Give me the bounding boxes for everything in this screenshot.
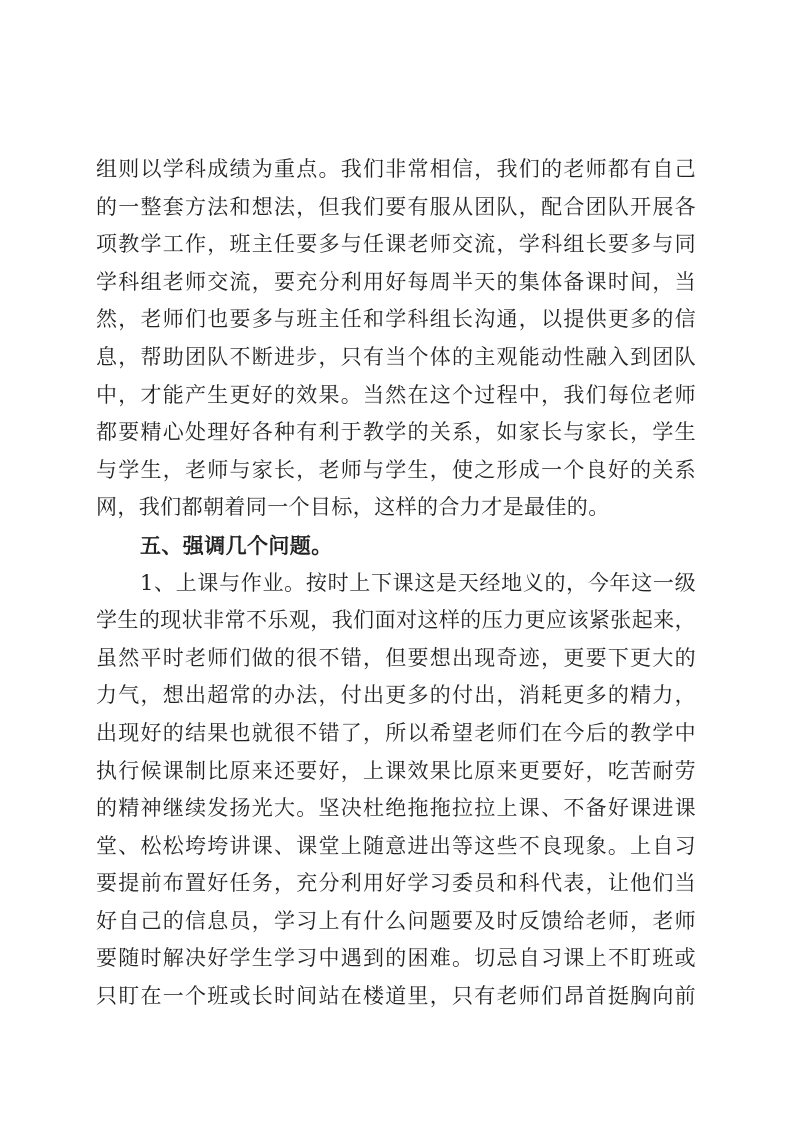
text-line: 执行候课制比原来还要好，上课效果比原来更要好，吃苦耐劳 <box>96 753 696 791</box>
text-line: 与学生，老师与家长，老师与学生，使之形成一个良好的关系 <box>96 452 696 490</box>
text-line: 都要精心处理好各种有利于教学的关系，如家长与家长，学生 <box>96 414 696 452</box>
text-line: 学科组老师交流，要充分利用好每周半天的集体备课时间，当 <box>96 264 696 302</box>
text-line: 的精神继续发扬光大。坚决杜绝拖拖拉拉上课、不备好课进课 <box>96 790 696 828</box>
text-line: 的一整套方法和想法，但我们要有服从团队，配合团队开展各 <box>96 189 696 227</box>
text-line: 1、上课与作业。按时上下课这是天经地义的，今年这一级 <box>96 565 696 603</box>
text-line: 息，帮助团队不断进步，只有当个体的主观能动性融入到团队 <box>96 339 696 377</box>
document-text-block: 组则以学科成绩为重点。我们非常相信，我们的老师都有自己的一整套方法和想法，但我们… <box>96 151 696 1016</box>
text-line: 堂、松松垮垮讲课、课堂上随意进出等这些不良现象。上自习 <box>96 828 696 866</box>
text-line: 虽然平时老师们做的很不错，但要想出现奇迹，更要下更大的 <box>96 640 696 678</box>
text-line: 要提前布置好任务，充分利用好学习委员和科代表，让他们当 <box>96 865 696 903</box>
text-line: 要随时解决好学生学习中遇到的困难。切忌自习课上不盯班或 <box>96 940 696 978</box>
text-line: 好自己的信息员，学习上有什么问题要及时反馈给老师，老师 <box>96 903 696 941</box>
text-line: 中，才能产生更好的效果。当然在这个过程中，我们每位老师 <box>96 377 696 415</box>
text-line: 项教学工作，班主任要多与任课老师交流，学科组长要多与同 <box>96 226 696 264</box>
text-line: 力气，想出超常的办法，付出更多的付出，消耗更多的精力， <box>96 677 696 715</box>
text-line: 组则以学科成绩为重点。我们非常相信，我们的老师都有自己 <box>96 151 696 189</box>
text-line: 网，我们都朝着同一个目标，这样的合力才是最佳的。 <box>96 489 696 527</box>
text-line: 学生的现状非常不乐观，我们面对这样的压力更应该紧张起来， <box>96 602 696 640</box>
section-heading: 五、强调几个问题。 <box>96 527 696 565</box>
text-line: 出现好的结果也就很不错了，所以希望老师们在今后的教学中 <box>96 715 696 753</box>
text-line: 只盯在一个班或长时间站在楼道里，只有老师们昂首挺胸向前 <box>96 978 696 1016</box>
text-line: 然，老师们也要多与班主任和学科组长沟通，以提供更多的信 <box>96 301 696 339</box>
document-page: 组则以学科成绩为重点。我们非常相信，我们的老师都有自己的一整套方法和想法，但我们… <box>0 0 793 1122</box>
